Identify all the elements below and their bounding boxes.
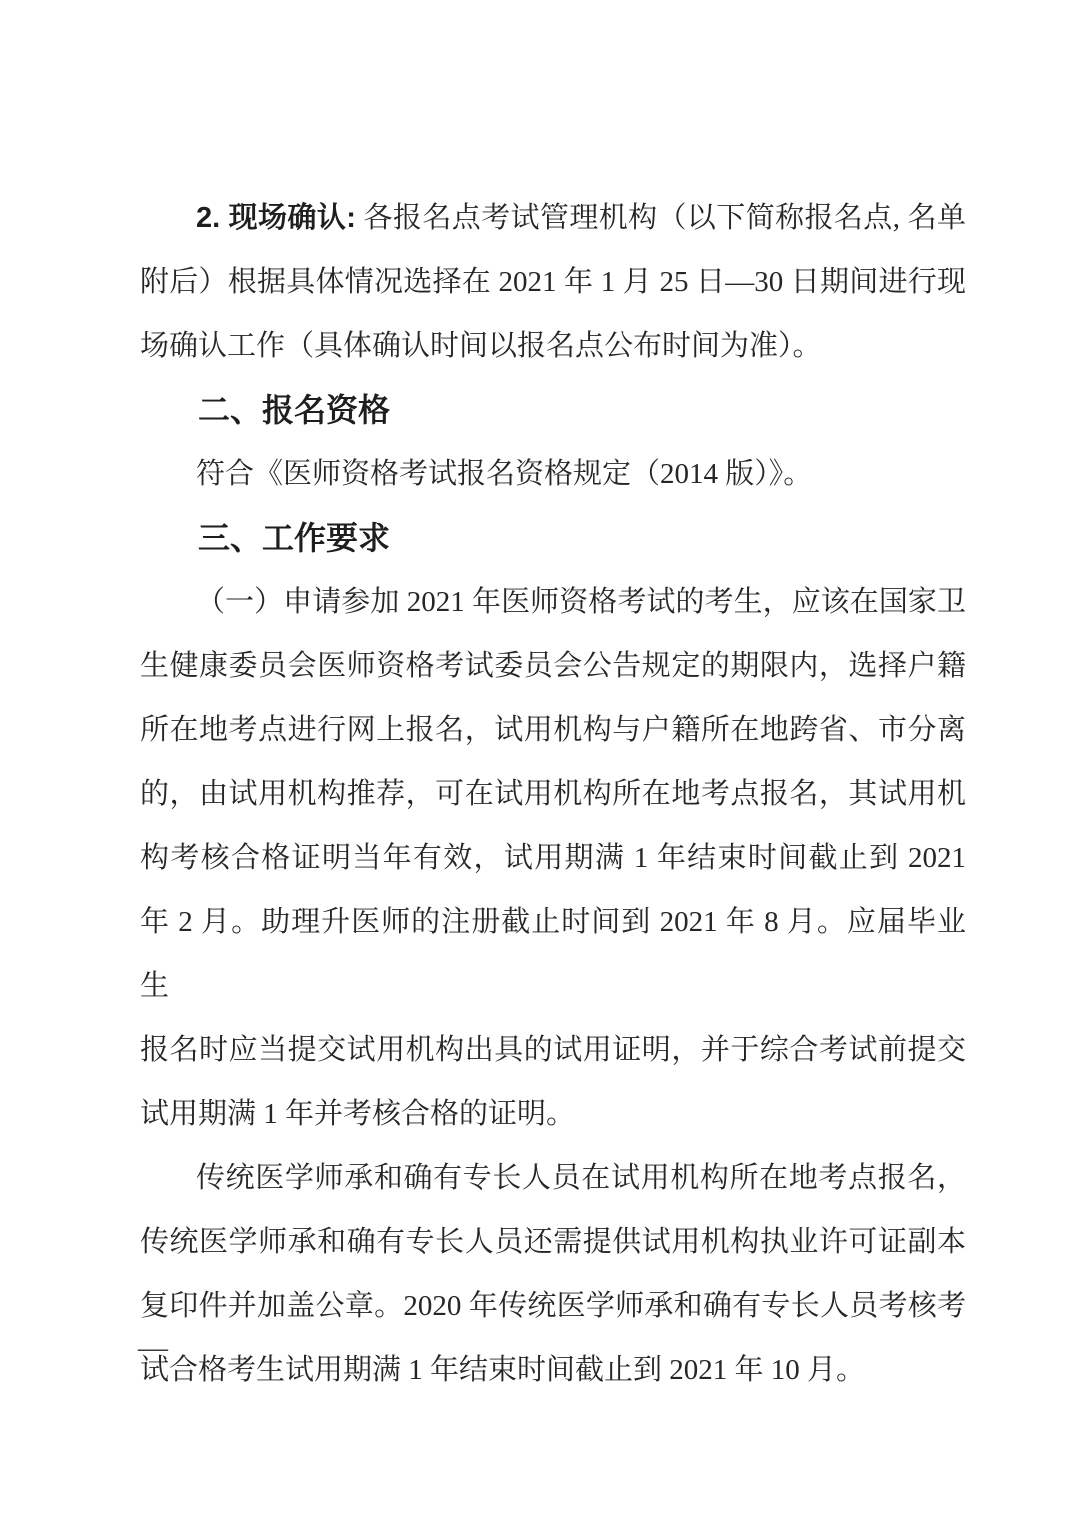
section-2-heading: 二、报名资格 [140, 378, 966, 442]
requirements-paragraph-line-6: 年 2 月。助理升医师的注册截止时间到 2021 年 8 月。应届毕业生 [140, 890, 966, 1018]
traditional-paragraph-line-2: 传统医学师承和确有专长人员还需提供试用机构执业许可证副本 [140, 1210, 966, 1274]
qualification-paragraph-line-1: 符合《医师资格考试报名资格规定（2014 版）》。 [140, 442, 966, 506]
confirm-paragraph-line-1: 2. 现场确认: 各报名点考试管理机构（以下简称报名点, 名单 [140, 186, 966, 250]
traditional-paragraph-line-4: 试合格考生试用期满 1 年结束时间截止到 2021 年 10 月。 [140, 1338, 966, 1402]
requirements-paragraph-line-2: 生健康委员会医师资格考试委员会公告规定的期限内，选择户籍 [140, 634, 966, 698]
document-page: 2. 现场确认: 各报名点考试管理机构（以下简称报名点, 名单 附后）根据具体情… [0, 0, 1080, 1527]
traditional-paragraph-line-1: 传统医学师承和确有专长人员在试用机构所在地考点报名， [140, 1146, 966, 1210]
requirements-paragraph-line-8: 试用期满 1 年并考核合格的证明。 [140, 1082, 966, 1146]
confirm-paragraph-line-2: 附后）根据具体情况选择在 2021 年 1 月 25 日—30 日期间进行现 [140, 250, 966, 314]
requirements-paragraph-line-7: 报名时应当提交试用机构出具的试用证明，并于综合考试前提交 [140, 1018, 966, 1082]
confirm-paragraph-line-1-rest: 各报名点考试管理机构（以下简称报名点, 名单 [356, 202, 966, 234]
requirements-paragraph-line-5: 构考核合格证明当年有效，试用期满 1 年结束时间截止到 2021 [140, 826, 966, 890]
requirements-paragraph-line-4: 的，由试用机构推荐，可在试用机构所在地考点报名，其试用机 [140, 762, 966, 826]
confirm-paragraph-line-3: 场确认工作（具体确认时间以报名点公布时间为准）。 [140, 314, 966, 378]
section-3-heading: 三、工作要求 [140, 506, 966, 570]
footer-page-mark-dash: — [138, 1318, 168, 1378]
requirements-paragraph-line-1: （一）申请参加 2021 年医师资格考试的考生，应该在国家卫 [140, 570, 966, 634]
traditional-paragraph-line-3: 复印件并加盖公章。2020 年传统医学师承和确有专长人员考核考 [140, 1274, 966, 1338]
document-text-block: 2. 现场确认: 各报名点考试管理机构（以下简称报名点, 名单 附后）根据具体情… [140, 186, 966, 1402]
confirm-paragraph-bold-lead: 2. 现场确认: [196, 202, 356, 234]
requirements-paragraph-line-3: 所在地考点进行网上报名，试用机构与户籍所在地跨省、市分离 [140, 698, 966, 762]
